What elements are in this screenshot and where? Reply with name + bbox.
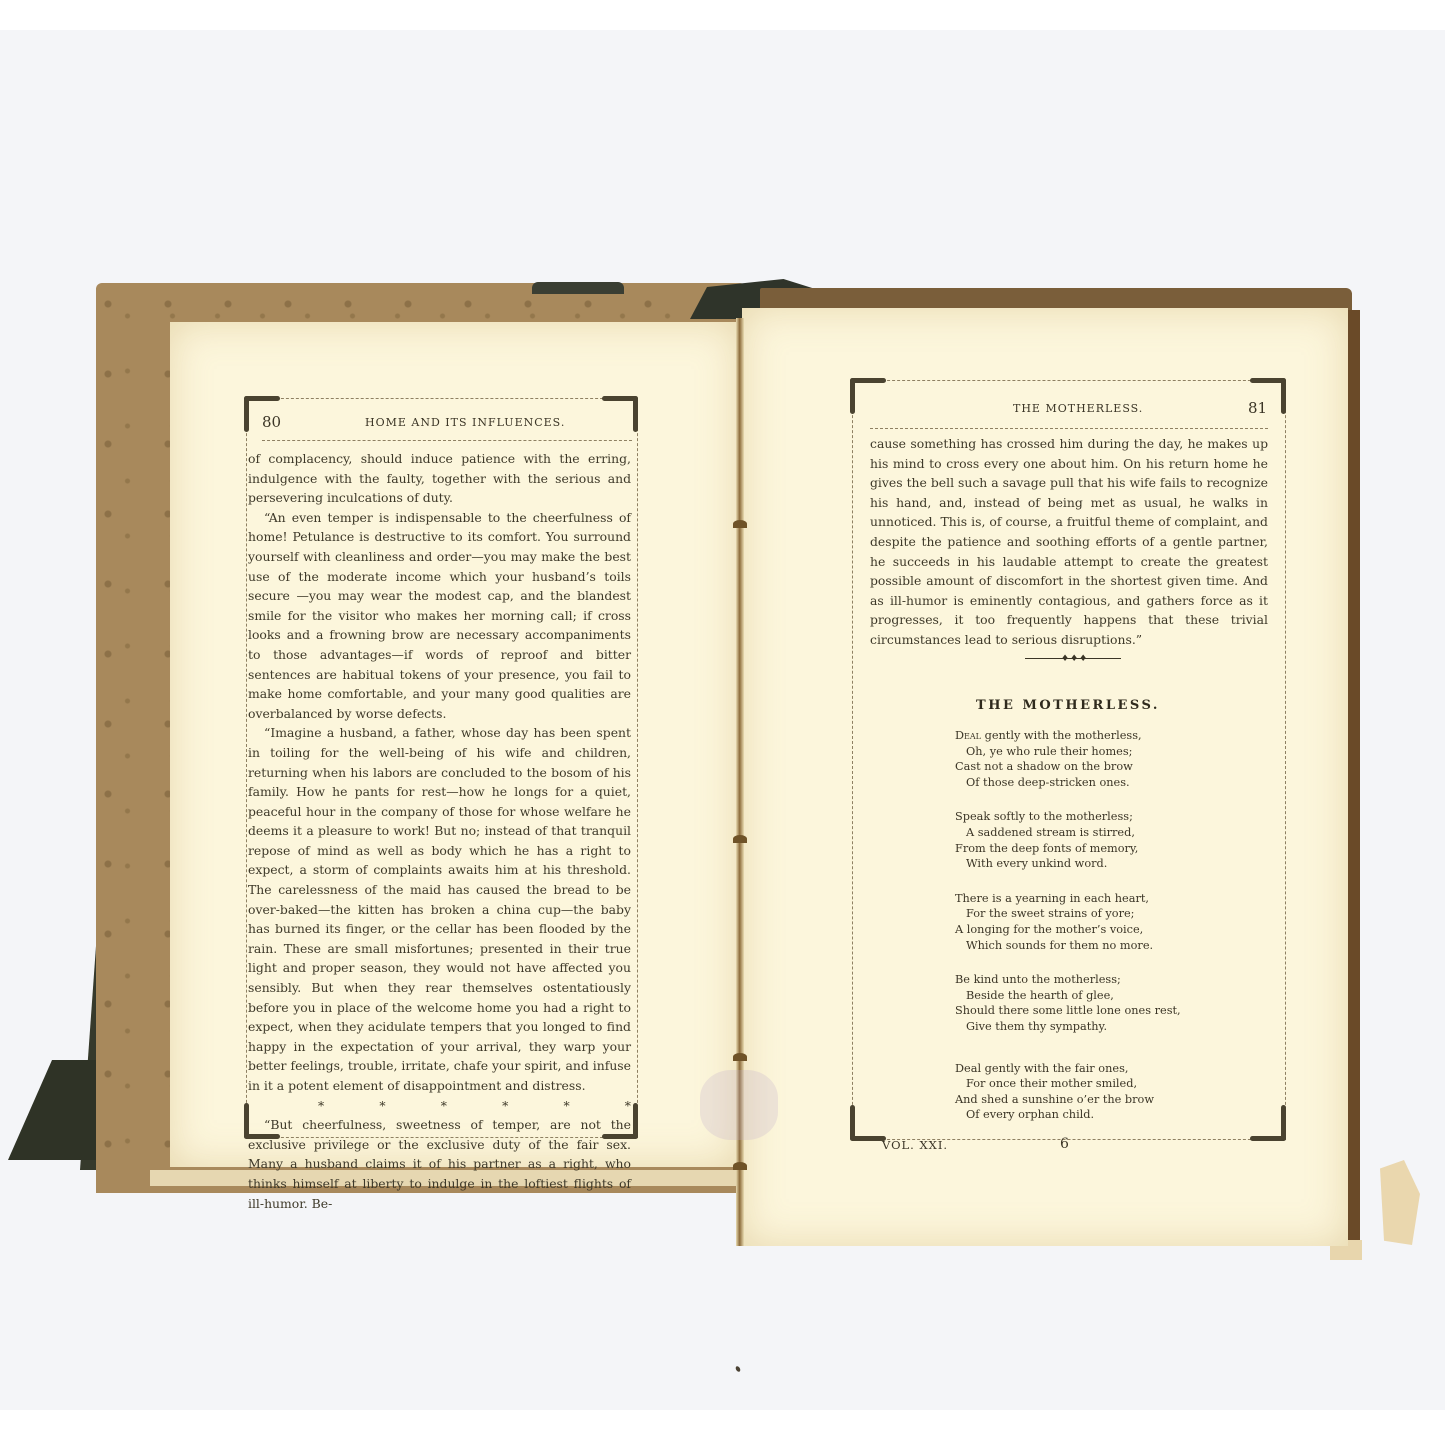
right-page-body: cause something has crossed him during t…	[870, 434, 1268, 650]
right-cover-board	[760, 288, 1352, 310]
corner-ornament-icon	[633, 396, 638, 432]
corner-ornament-icon	[850, 378, 855, 414]
binding-stitch	[733, 835, 747, 843]
page-number-left: 80	[262, 413, 281, 431]
poem-stanza: Deal gently with the motherless, Oh, ye …	[955, 728, 1181, 790]
corner-ornament-icon	[633, 1103, 638, 1139]
corner-ornament-icon	[850, 1105, 855, 1141]
poem-stanza: Speak softly to the motherless; A sadden…	[955, 809, 1181, 871]
header-rule	[870, 428, 1268, 429]
fleuron-icon: ♦♦♦	[1061, 654, 1088, 664]
volume-label: VOL. XXI.	[882, 1138, 948, 1152]
binding-stitch	[733, 1162, 747, 1170]
corner-ornament-icon	[244, 396, 280, 401]
library-stamp	[700, 1070, 778, 1140]
left-page-body: of complacency, should induce patience w…	[248, 449, 631, 1213]
page-number-right: 81	[1248, 399, 1267, 417]
background-bottom	[0, 1410, 1445, 1445]
paragraph: of complacency, should induce patience w…	[248, 449, 631, 508]
corner-ornament-icon	[244, 396, 249, 432]
binding-stitch	[733, 520, 747, 528]
torn-page-corner	[1380, 1160, 1420, 1245]
poem-stanza: Deal gently with the fair ones, For once…	[955, 1061, 1181, 1123]
poem-stanza: Be kind unto the motherless; Beside the …	[955, 972, 1181, 1034]
poem-stanza: There is a yearning in each heart, For t…	[955, 891, 1181, 953]
running-head-left: HOME AND ITS INFLUENCES.	[365, 416, 565, 429]
section-break: * * * * * *	[248, 1096, 631, 1116]
corner-ornament-icon	[850, 378, 886, 383]
poem-title: THE MOTHERLESS.	[852, 698, 1284, 713]
signature-mark: 6	[1060, 1136, 1069, 1152]
corner-ornament-icon	[850, 1136, 886, 1141]
paragraph: cause something has crossed him during t…	[870, 434, 1268, 650]
paragraph: “An even temper is indispensable to the …	[248, 508, 631, 724]
dust-speck	[735, 1365, 741, 1372]
corner-ornament-icon	[1281, 1105, 1286, 1141]
paragraph: “Imagine a husband, a father, whose day …	[248, 723, 631, 1095]
background-top	[0, 0, 1445, 30]
poem: Deal gently with the motherless, Oh, ye …	[955, 728, 1181, 1142]
header-rule	[262, 440, 632, 441]
corner-ornament-icon	[1281, 378, 1286, 414]
right-board-edge	[1346, 310, 1360, 1260]
paragraph: “But cheerfulness, sweetness of temper, …	[248, 1115, 631, 1213]
spine-cloth-tab	[532, 282, 624, 294]
binding-stitch	[733, 1053, 747, 1061]
running-head-right: THE MOTHERLESS.	[1013, 402, 1143, 415]
